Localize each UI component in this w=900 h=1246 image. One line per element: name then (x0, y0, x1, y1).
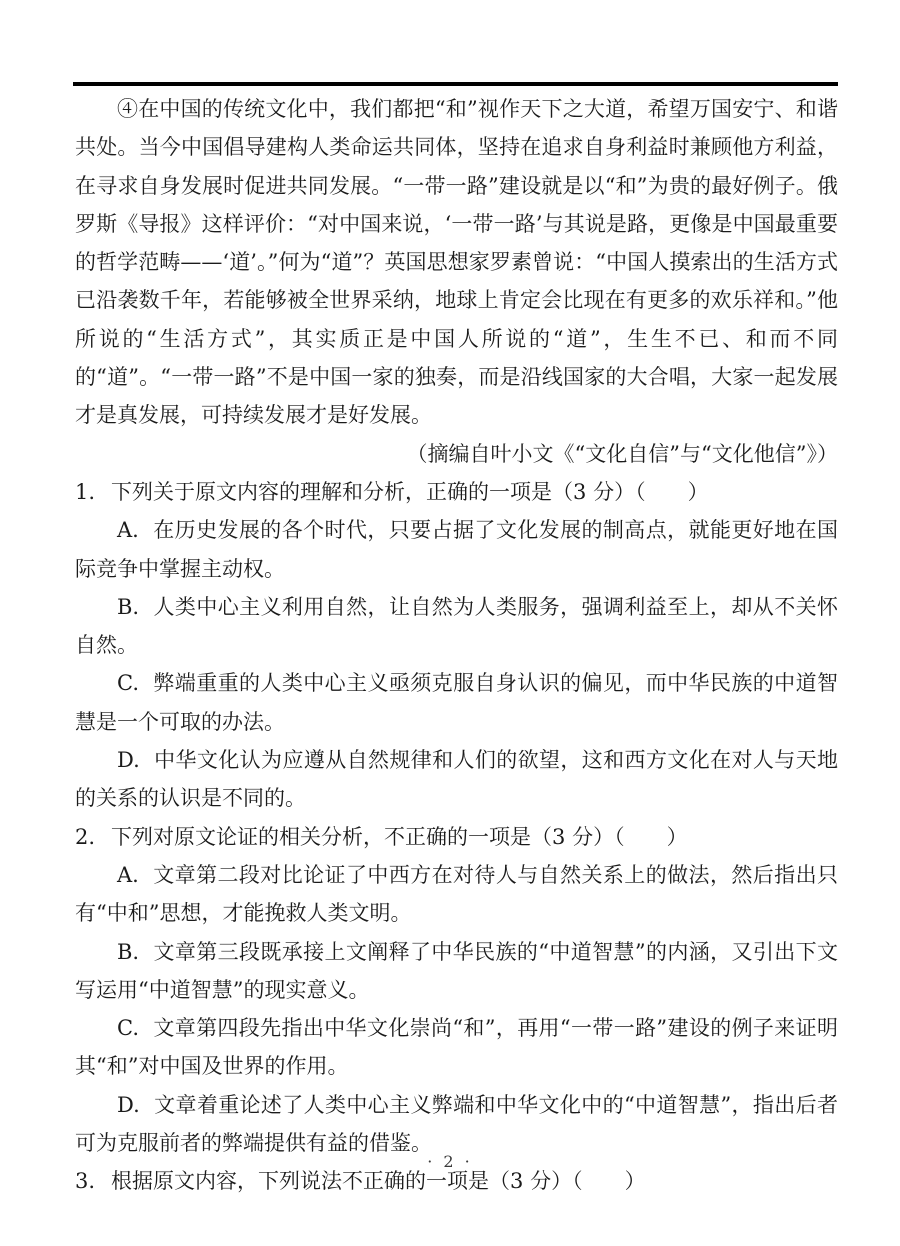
question-2-option-b: B.文章第三段既承接上文阐释了中华民族的“中道智慧”的内涵，又引出下文写运用“中… (75, 933, 838, 1010)
page-number: · 2 · (0, 1152, 900, 1171)
question-1: 1.下列关于原文内容的理解和分析，正确的一项是（3 分）（ ） A.在历史发展的… (75, 473, 838, 818)
option-label: C. (117, 671, 139, 695)
question-1-option-b: B.人类中心主义利用自然，让自然为人类服务，强调利益至上，却从不关怀自然。 (75, 588, 838, 665)
passage-paragraph-4: ④在中国的传统文化中，我们都把“和”视作天下之大道，希望万国安宁、和谐共处。当今… (75, 90, 838, 435)
option-label: D. (117, 1093, 140, 1117)
question-1-stem-text: 下列关于原文内容的理解和分析，正确的一项是（3 分）（ ） (111, 480, 709, 504)
option-label: A. (117, 518, 139, 542)
option-label: C. (117, 1016, 139, 1040)
option-label: B. (117, 940, 139, 964)
option-label: A. (117, 863, 139, 887)
question-2-option-d: D.文章着重论述了人类中心主义弊端和中华文化中的“中道智慧”，指出后者可为克服前… (75, 1086, 838, 1163)
question-3-number: 3. (75, 1169, 95, 1193)
option-text: 弊端重重的人类中心主义亟须克服自身认识的偏见，而中华民族的中道智慧是一个可取的办… (75, 671, 838, 733)
question-1-option-c: C.弊端重重的人类中心主义亟须克服自身认识的偏见，而中华民族的中道智慧是一个可取… (75, 664, 838, 741)
question-2-stem: 2.下列对原文论证的相关分析，不正确的一项是（3 分）（ ） (75, 818, 838, 856)
passage-attribution: （摘编自叶小文《“文化自信”与“文化他信”》） (75, 435, 838, 473)
option-text: 文章着重论述了人类中心主义弊端和中华文化中的“中道智慧”，指出后者可为克服前者的… (75, 1093, 838, 1155)
page-content: ④在中国的传统文化中，我们都把“和”视作天下之大道，希望万国安宁、和谐共处。当今… (75, 90, 838, 1201)
option-text: 文章第三段既承接上文阐释了中华民族的“中道智慧”的内涵，又引出下文写运用“中道智… (75, 940, 838, 1002)
question-2-stem-text: 下列对原文论证的相关分析，不正确的一项是（3 分）（ ） (111, 825, 688, 849)
document-page: ④在中国的传统文化中，我们都把“和”视作天下之大道，希望万国安宁、和谐共处。当今… (0, 0, 900, 1246)
question-1-number: 1. (75, 480, 95, 504)
option-text: 在历史发展的各个时代，只要占据了文化发展的制高点，就能更好地在国际竞争中掌握主动… (75, 518, 838, 580)
question-1-option-d: D.中华文化认为应遵从自然规律和人们的欲望，这和西方文化在对人与天地的关系的认识… (75, 741, 838, 818)
question-2-option-c: C.文章第四段先指出中华文化崇尚“和”，再用“一带一路”建设的例子来证明其“和”… (75, 1009, 838, 1086)
option-text: 文章第二段对比论证了中西方在对待人与自然关系上的做法，然后指出只有“中和”思想，… (75, 863, 838, 925)
option-text: 中华文化认为应遵从自然规律和人们的欲望，这和西方文化在对人与天地的关系的认识是不… (75, 748, 838, 810)
question-2-option-a: A.文章第二段对比论证了中西方在对待人与自然关系上的做法，然后指出只有“中和”思… (75, 856, 838, 933)
question-2-number: 2. (75, 825, 95, 849)
header-divider-rule (73, 82, 838, 86)
question-3-stem-text: 根据原文内容，下列说法不正确的一项是（3 分）（ ） (111, 1169, 646, 1193)
question-2: 2.下列对原文论证的相关分析，不正确的一项是（3 分）（ ） A.文章第二段对比… (75, 818, 838, 1163)
question-1-option-a: A.在历史发展的各个时代，只要占据了文化发展的制高点，就能更好地在国际竞争中掌握… (75, 511, 838, 588)
question-1-stem: 1.下列关于原文内容的理解和分析，正确的一项是（3 分）（ ） (75, 473, 838, 511)
option-text: 文章第四段先指出中华文化崇尚“和”，再用“一带一路”建设的例子来证明其“和”对中… (75, 1016, 838, 1078)
option-label: D. (117, 748, 140, 772)
option-label: B. (117, 595, 139, 619)
option-text: 人类中心主义利用自然，让自然为人类服务，强调利益至上，却从不关怀自然。 (75, 595, 838, 657)
